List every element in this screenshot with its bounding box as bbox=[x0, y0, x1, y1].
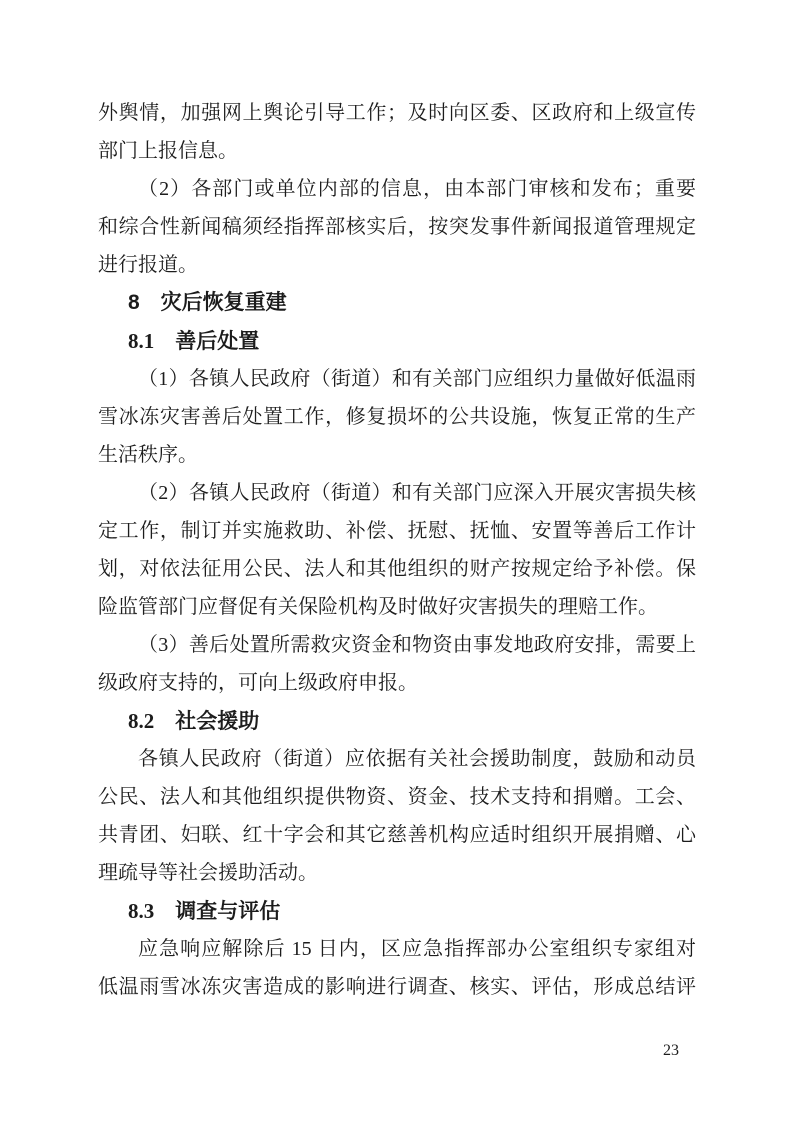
document-body: 外舆情，加强网上舆论引导工作；及时向区委、区政府和上级宣传部门上报信息。（2）各… bbox=[98, 94, 696, 1006]
text-line: 雪冰冻灾害善后处置工作，修复损坏的公共设施，恢复正常的生产 bbox=[98, 398, 696, 436]
text-line: 定工作，制订并实施救助、补偿、抚慰、抚恤、安置等善后工作计 bbox=[98, 512, 696, 550]
heading-text: 8.3 调查与评估 bbox=[98, 892, 696, 930]
text-line: 进行报道。 bbox=[98, 246, 696, 284]
chapter-heading: 8 灾后恢复重建 bbox=[98, 284, 696, 322]
text-line: （2）各镇人民政府（街道）和有关部门应深入开展灾害损失核 bbox=[98, 474, 696, 512]
paragraph: （2）各镇人民政府（街道）和有关部门应深入开展灾害损失核定工作，制订并实施救助、… bbox=[98, 474, 696, 626]
text-line: 低温雨雪冰冻灾害造成的影响进行调查、核实、评估，形成总结评 bbox=[98, 968, 696, 1006]
text-line: 险监管部门应督促有关保险机构及时做好灾害损失的理赔工作。 bbox=[98, 588, 696, 626]
paragraph: （3）善后处置所需救灾资金和物资由事发地政府安排，需要上级政府支持的，可向上级政… bbox=[98, 626, 696, 702]
section-heading: 8.1 善后处置 bbox=[98, 322, 696, 360]
text-line: 级政府支持的，可向上级政府申报。 bbox=[98, 664, 696, 702]
text-line: 生活秩序。 bbox=[98, 436, 696, 474]
document-page: 外舆情，加强网上舆论引导工作；及时向区委、区政府和上级宣传部门上报信息。（2）各… bbox=[0, 0, 793, 1122]
text-line: 应急响应解除后 15 日内，区应急指挥部办公室组织专家组对 bbox=[98, 930, 696, 968]
paragraph: 应急响应解除后 15 日内，区应急指挥部办公室组织专家组对低温雨雪冰冻灾害造成的… bbox=[98, 930, 696, 1006]
paragraph: （1）各镇人民政府（街道）和有关部门应组织力量做好低温雨雪冰冻灾害善后处置工作，… bbox=[98, 360, 696, 474]
paragraph: 外舆情，加强网上舆论引导工作；及时向区委、区政府和上级宣传部门上报信息。 bbox=[98, 94, 696, 170]
text-line: 部门上报信息。 bbox=[98, 132, 696, 170]
text-line: 各镇人民政府（街道）应依据有关社会援助制度，鼓励和动员 bbox=[98, 740, 696, 778]
text-line: 共青团、妇联、红十字会和其它慈善机构应适时组织开展捐赠、心 bbox=[98, 816, 696, 854]
text-line: 划，对依法征用公民、法人和其他组织的财产按规定给予补偿。保 bbox=[98, 550, 696, 588]
text-line: 和综合性新闻稿须经指挥部核实后，按突发事件新闻报道管理规定 bbox=[98, 208, 696, 246]
text-line: （3）善后处置所需救灾资金和物资由事发地政府安排，需要上 bbox=[98, 626, 696, 664]
text-line: （2）各部门或单位内部的信息，由本部门审核和发布；重要 bbox=[98, 170, 696, 208]
text-line: 理疏导等社会援助活动。 bbox=[98, 854, 696, 892]
heading-text: 8.2 社会援助 bbox=[98, 702, 696, 740]
paragraph: （2）各部门或单位内部的信息，由本部门审核和发布；重要和综合性新闻稿须经指挥部核… bbox=[98, 170, 696, 284]
text-line: 外舆情，加强网上舆论引导工作；及时向区委、区政府和上级宣传 bbox=[98, 94, 696, 132]
text-line: 公民、法人和其他组织提供物资、资金、技术支持和捐赠。工会、 bbox=[98, 778, 696, 816]
page-number: 23 bbox=[98, 1041, 679, 1061]
section-heading: 8.3 调查与评估 bbox=[98, 892, 696, 930]
heading-text: 8 灾后恢复重建 bbox=[98, 284, 696, 322]
heading-text: 8.1 善后处置 bbox=[98, 322, 696, 360]
text-line: （1）各镇人民政府（街道）和有关部门应组织力量做好低温雨 bbox=[98, 360, 696, 398]
section-heading: 8.2 社会援助 bbox=[98, 702, 696, 740]
paragraph: 各镇人民政府（街道）应依据有关社会援助制度，鼓励和动员公民、法人和其他组织提供物… bbox=[98, 740, 696, 892]
